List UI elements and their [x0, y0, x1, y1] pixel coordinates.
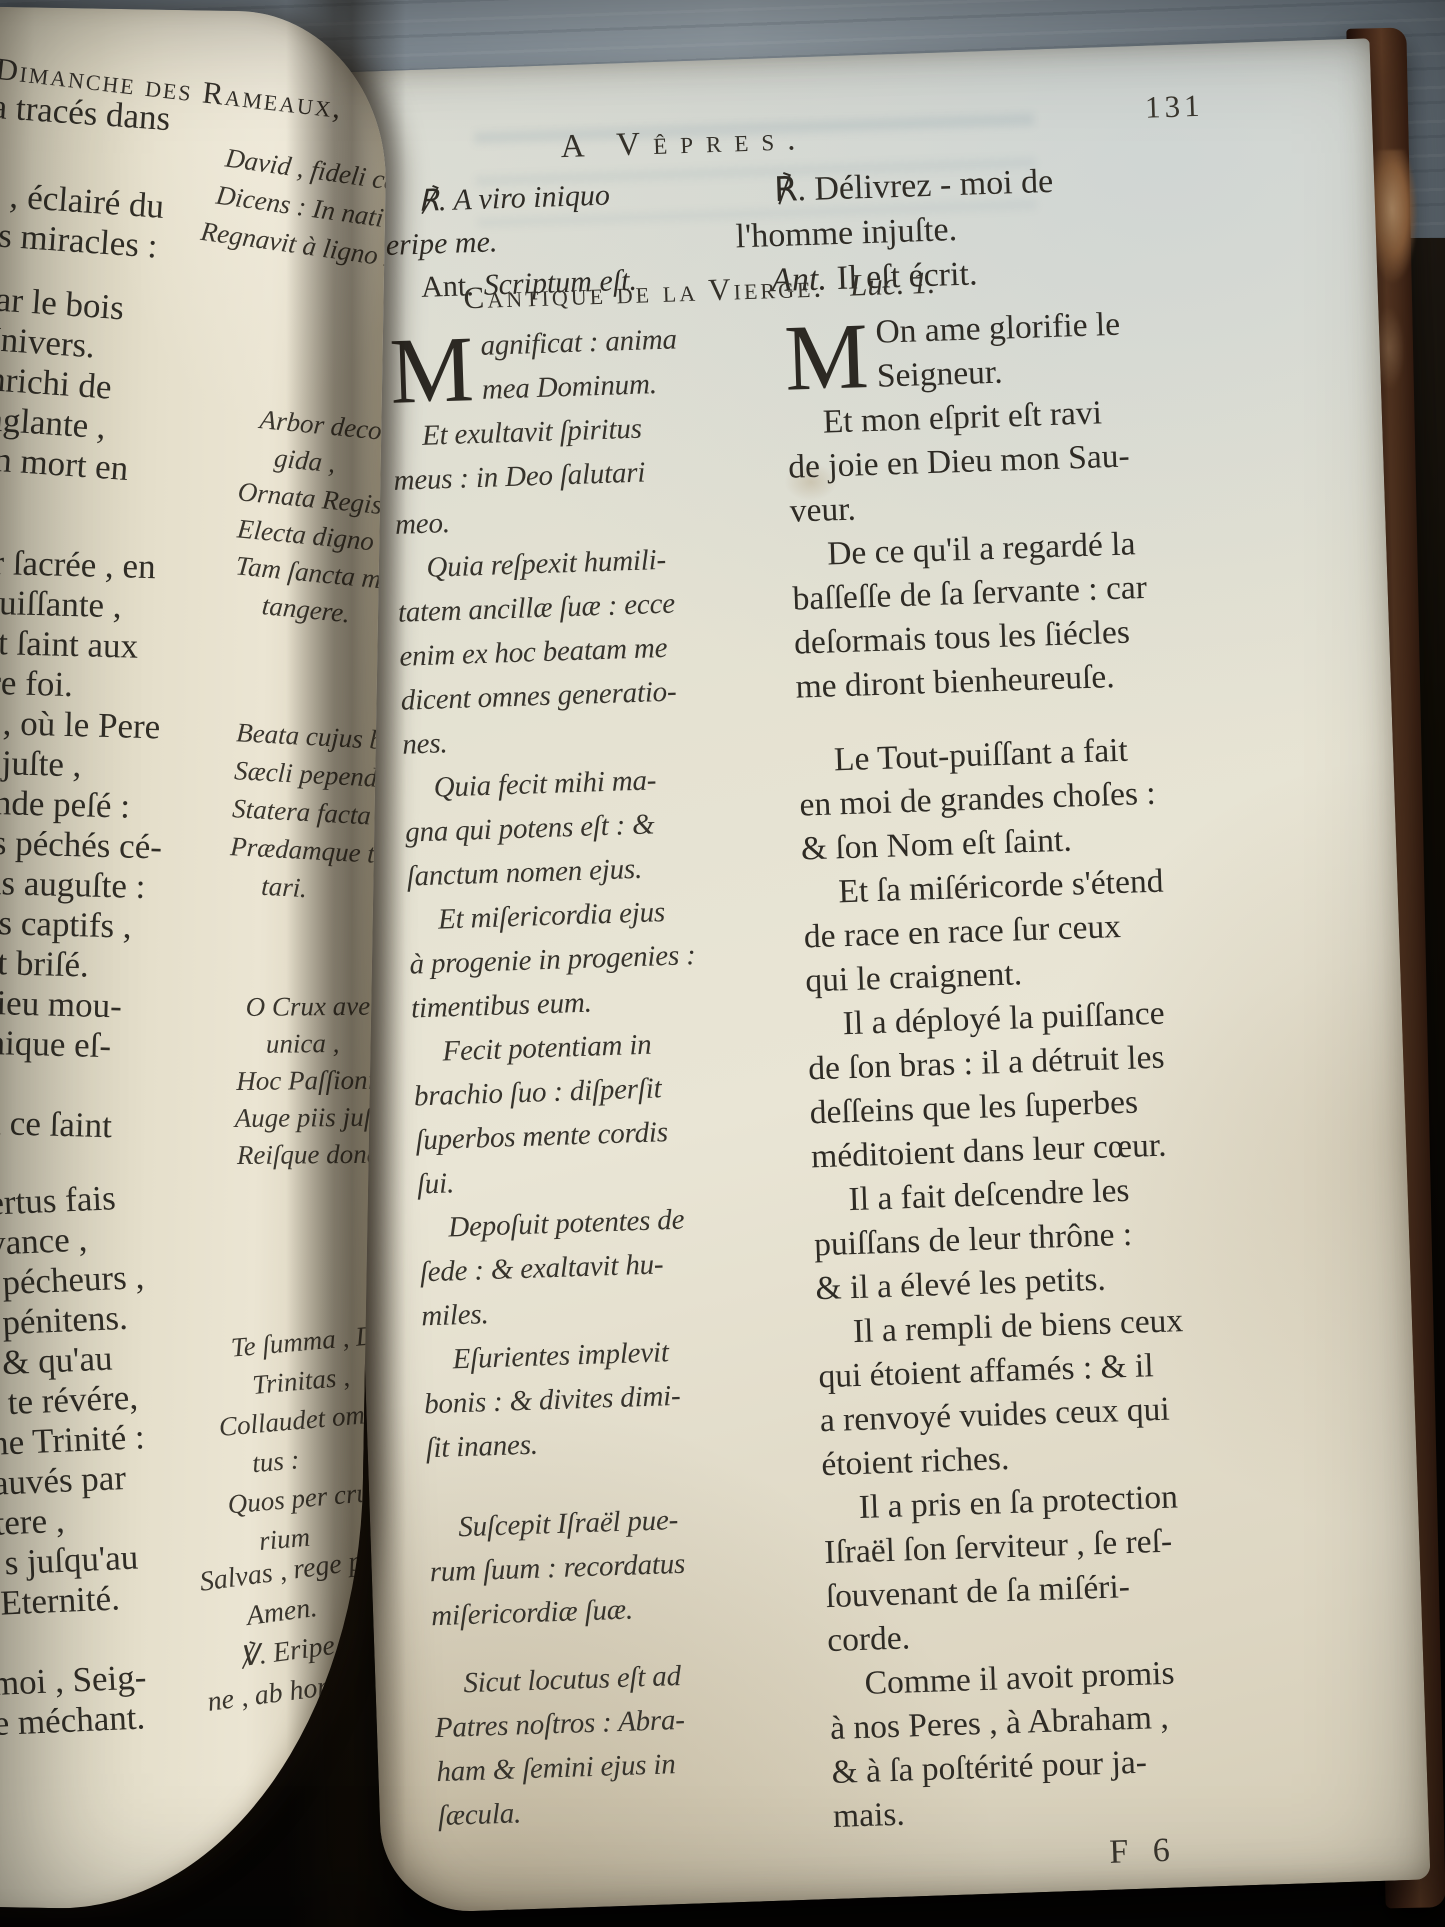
gutter-latin-fragments: Arbor decora & ful gida , Ornata Regis p…	[221, 399, 389, 642]
text-line: guiſſante ,	[0, 583, 169, 628]
text-line: unica ,	[230, 1024, 389, 1063]
right-page: 131 A Vêpres. ℟. A viro iniquo eripe me.…	[322, 38, 1430, 1914]
left-page: Dimanche des Rameaux, a tracés dans e , …	[0, 7, 389, 1914]
text-line: onde peſé :	[0, 783, 163, 828]
french-verse: De ce qu'il a regardé la baſſeſſe de ſa …	[791, 515, 1362, 710]
text-line: en ce ſaint	[0, 1102, 155, 1147]
text-line: Eternité.	[0, 1577, 159, 1624]
french-dropcap: M	[784, 319, 870, 396]
latin-verse: Depoſuit potentes de ſede : & exaltavit …	[418, 1196, 732, 1338]
french-verse: Et ſa miſéricorde s'étend de race en rac…	[802, 853, 1371, 1004]
text-line: x pénitens.	[0, 1297, 147, 1344]
text-line: os péchés cé-	[0, 823, 162, 868]
left-french-fragments: a tracés dans e , éclairé du es miracles…	[0, 87, 172, 491]
gutter-latin-fragments: David , fideli car Dicens : In nati Regn…	[199, 137, 389, 278]
gutter-latin-fragments: Beata cujus brach Sæcli pependit pret St…	[222, 713, 388, 914]
text-line: Reiſque dona venia	[231, 1135, 389, 1174]
text-line: O Crux ave , ſp	[230, 987, 389, 1026]
french-verse: Il a fait deſcendre les puiſſans de leur…	[812, 1161, 1381, 1312]
left-french-fragments: ir ſacrée , en guiſſante , nt ſaint aux …	[0, 543, 170, 1182]
latin-verse: Magnificat : anima mea Dominum.	[388, 317, 701, 415]
text-line: Dieu mou-	[0, 983, 158, 1028]
text-line: ids auguſte :	[0, 863, 161, 908]
gutter-latin-fragments: O Crux ave , ſp unica , Hoc Paſſionis te…	[230, 987, 389, 1174]
magnificat-columns: Magnificat : anima mea Dominum. Et exult…	[388, 295, 1398, 1852]
latin-dropcap: M	[389, 332, 475, 409]
latin-verse: Suſcepit Iſraël pue- rum ſuum : recordat…	[428, 1496, 742, 1638]
french-column: MOn ame glorifie le Seigneur. Et mon eſp…	[783, 295, 1398, 1839]
text-line: e , où le Pere	[0, 703, 166, 748]
latin-verse: Quia fecit mihi ma- gna qui potens eſt :…	[403, 756, 717, 898]
text-line: me Trinité :	[0, 1417, 152, 1464]
gutter-latin-fragments: Te ſumma , Deus Trinitas , Collaudet omn…	[208, 1310, 389, 1564]
french-verse: Il a pris en ſa protection Iſraël ſon ſe…	[822, 1468, 1393, 1663]
text-line: e juſte ,	[0, 743, 165, 788]
french-verse: Le Tout-puiſſant a fait en moi de grande…	[797, 721, 1366, 872]
latin-responsory: ℟. A viro iniquo eripe me.	[384, 171, 687, 267]
text-line: Auge piis juſtitiam ,	[230, 1098, 388, 1137]
french-verse-text: On ame glorifie le Seigneur.	[875, 306, 1121, 395]
text-line: s juſqu'au	[0, 1537, 157, 1584]
text-line: tari.	[222, 865, 388, 914]
left-french-fragments: vertus fais avance , pécheurs , x pénite…	[0, 1177, 164, 1744]
latin-verse: Sicut locutus eſt ad Patres noſtros : Ab…	[433, 1652, 749, 1838]
latin-verse: Fecit potentiam in brachio ſuo : diſperſ…	[412, 1020, 728, 1206]
text-line: nt ſaint aux	[0, 623, 168, 668]
text-line: tre foi.	[0, 663, 167, 708]
book-photo: 131 A Vêpres. ℟. A viro iniquo eripe me.…	[0, 0, 1445, 1927]
latin-verse-text: agnificat : anima mea Dominum.	[480, 323, 677, 405]
latin-verse: Quia reſpexit humili- tatem ancillæ ſuæ …	[396, 537, 713, 767]
scripture-reference: Luc. 1.	[849, 265, 935, 303]
gutter-latin-fragments: Salvas , rege per ſæc Amen. ℣. Eripe me …	[187, 1532, 388, 1723]
latin-verse: Eſurientes implevit bonis : & divites di…	[422, 1328, 736, 1470]
quire-signature: F 6	[1109, 1832, 1179, 1872]
text-line: eſt briſé.	[0, 943, 159, 988]
latin-verse: Et exultavit ſpiritus meus : in Deo ſalu…	[391, 405, 705, 547]
french-verse: Et mon eſprit eſt ravi de joie en Dieu m…	[786, 383, 1355, 534]
text-line: e méchant.	[0, 1697, 164, 1744]
text-line: unique eſ-	[0, 1022, 157, 1067]
french-verse: Comme il avoit promis à nos Peres , à Ab…	[828, 1644, 1399, 1839]
french-verse: Il a rempli de biens ceux qui étoient af…	[816, 1293, 1387, 1488]
latin-verse: Et miſericordia ejus à progenie in proge…	[407, 888, 721, 1030]
text-line: ir ſacrée , en	[0, 543, 170, 588]
page-number: 131	[1145, 88, 1205, 126]
french-verse: Il a déployé la puiſſance de ſon bras : …	[806, 985, 1377, 1180]
text-line: Hoc Paſſionis temp	[230, 1061, 388, 1100]
latin-column: Magnificat : anima mea Dominum. Et exult…	[388, 317, 748, 1852]
text-line: ſes captifs ,	[0, 903, 160, 948]
